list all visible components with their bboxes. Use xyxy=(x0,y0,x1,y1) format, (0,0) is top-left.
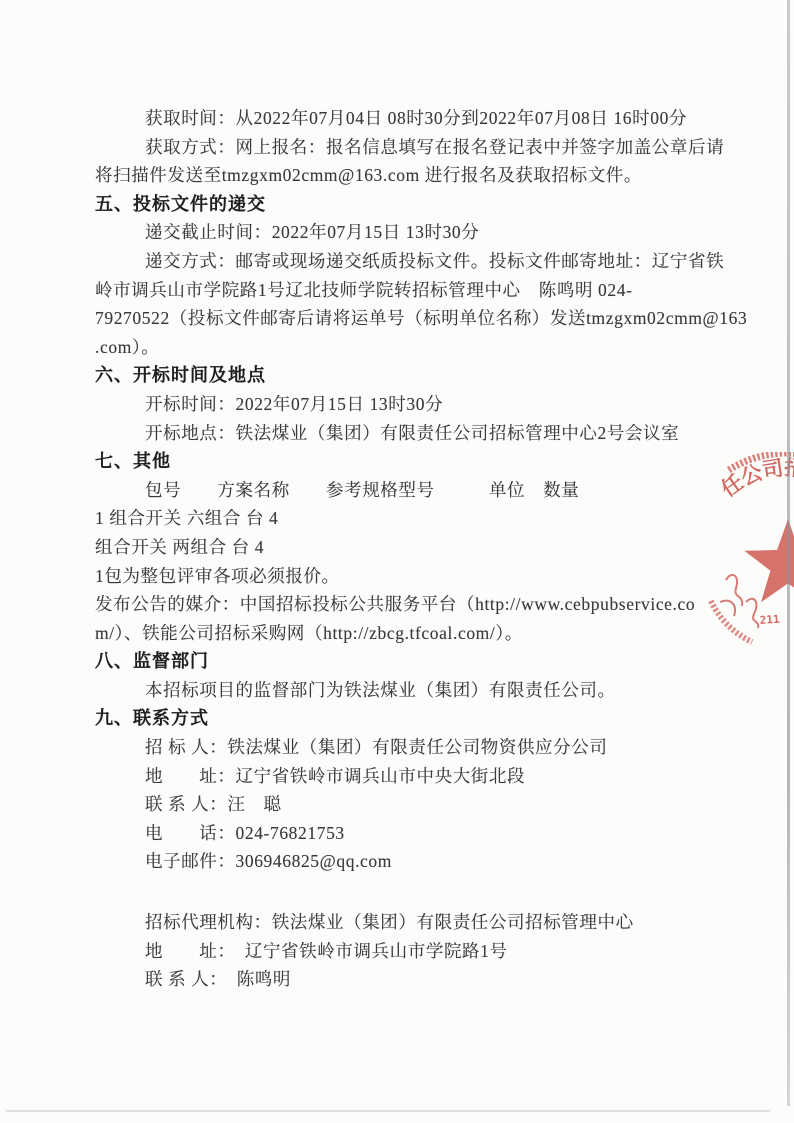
package-table-header-line: 包号 方案名称 参考规格型号 单位 数量 xyxy=(95,476,710,505)
opening-time-line: 开标时间：2022年07月15日 13时30分 xyxy=(95,390,710,419)
agency-contact-line: 联 系 人： 陈鸣明 xyxy=(95,965,710,994)
seal-bottom-ring-text xyxy=(711,601,752,642)
section-heading-supervision: 八、监督部门 xyxy=(95,647,710,676)
announcement-media-cont-line: m/）、铁能公司招标采购网（http://zbcg.tfcoal.com/）。 xyxy=(95,619,710,648)
seal-number: 211 xyxy=(759,613,780,627)
supervision-line: 本招标项目的监督部门为铁法煤业（集团）有限责任公司。 xyxy=(95,676,710,705)
agency-address-line: 地 址： 辽宁省铁岭市调兵山市学院路1号 xyxy=(95,937,710,966)
delivery-method-line: 递交方式：邮寄或现场递交纸质投标文件。投标文件邮寄地址：辽宁省铁 xyxy=(95,247,710,276)
package-row-2-line: 组合开关 两组合 台 4 xyxy=(95,533,710,562)
official-seal-stamp: 任 公 司 招 211 xyxy=(698,452,794,667)
package-note-line: 1包为整包评审各项必须报价。 xyxy=(95,562,710,591)
agency-line: 招标代理机构：铁法煤业（集团）有限责任公司招标管理中心 xyxy=(95,908,710,937)
tenderee-email-line: 电子邮件：306946825@qq.com xyxy=(95,847,710,876)
tenderee-line: 招 标 人：铁法煤业（集团）有限责任公司物资供应分公司 xyxy=(95,733,710,762)
seal-arc-text: 任 公 司 招 xyxy=(717,456,794,502)
tenderee-phone-line: 电 话：024-76821753 xyxy=(95,819,710,848)
acquisition-method-cont-line: 将扫描件发送至tmzgxm02cmm@163.com 进行报名及获取招标文件。 xyxy=(95,161,710,190)
section-heading-submission: 五、投标文件的递交 xyxy=(95,190,710,219)
tenderee-address-line: 地 址：辽宁省铁岭市调兵山市中央大街北段 xyxy=(95,762,710,791)
deadline-line: 递交截止时间：2022年07月15日 13时30分 xyxy=(95,218,710,247)
section-heading-contact: 九、联系方式 xyxy=(95,704,710,733)
tenderee-contact-line: 联 系 人：汪 聪 xyxy=(95,790,710,819)
delivery-method-cont3-line: .com）。 xyxy=(95,333,710,362)
package-row-1-line: 1 组合开关 六组合 台 4 xyxy=(95,504,710,533)
scan-edge-right xyxy=(787,0,790,1106)
opening-place-line: 开标地点：铁法煤业（集团）有限责任公司招标管理中心2号会议室 xyxy=(95,419,710,448)
scan-edge-bottom xyxy=(6,1110,770,1112)
acquisition-time-line: 获取时间：从2022年07月04日 08时30分到2022年07月08日 16时… xyxy=(95,104,710,133)
delivery-method-cont-line: 岭市调兵山市学院路1号辽北技师学院转招标管理中心 陈鸣明 024- xyxy=(95,276,710,305)
svg-text:司: 司 xyxy=(761,456,785,483)
scanned-document-page: 获取时间：从2022年07月04日 08时30分到2022年07月08日 16时… xyxy=(0,0,794,1123)
document-body: 获取时间：从2022年07月04日 08时30分到2022年07月08日 16时… xyxy=(95,104,710,994)
delivery-method-cont2-line: 79270522（投标文件邮寄后请将运单号（标明单位名称）发送tmzgxm02c… xyxy=(95,304,710,333)
announcement-media-line: 发布公告的媒介：中国招标投标公共服务平台（http://www.cebpubse… xyxy=(95,590,710,619)
acquisition-method-line: 获取方式：网上报名：报名信息填写在报名登记表中并签字加盖公章后请 xyxy=(95,133,710,162)
section-heading-bid-opening: 六、开标时间及地点 xyxy=(95,361,710,390)
section-heading-other: 七、其他 xyxy=(95,447,710,476)
